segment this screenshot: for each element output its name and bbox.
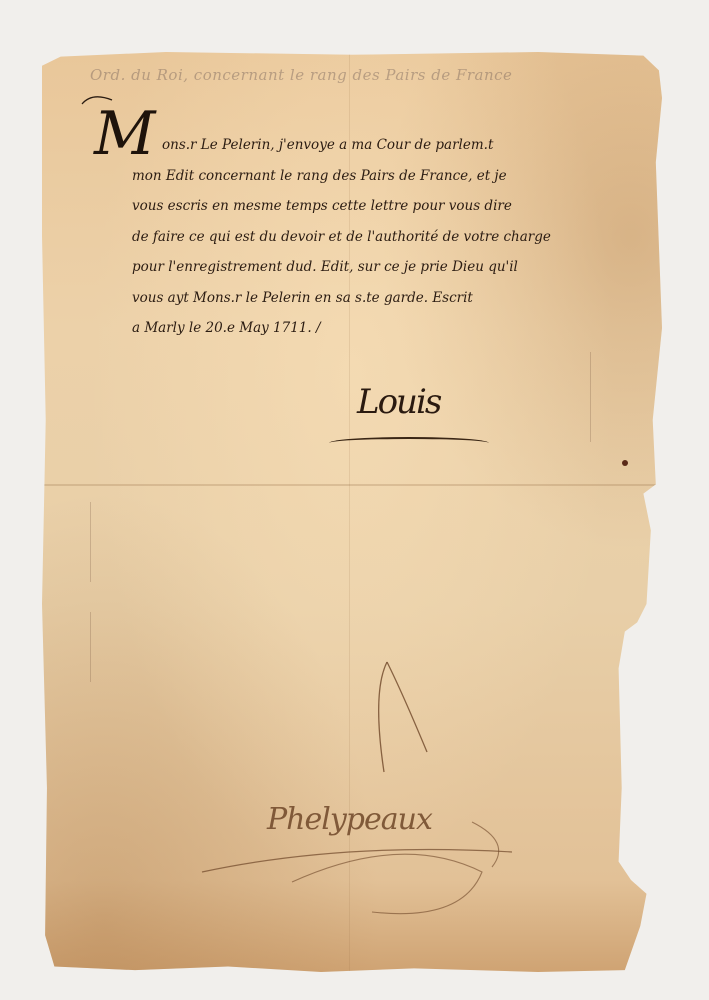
letter-paper: Ord. du Roi, concernant le rang des Pair… xyxy=(42,52,662,972)
letter-line: mon Edit concernant le rang des Pairs de… xyxy=(132,161,652,192)
horizontal-fold-crease xyxy=(42,484,662,486)
salutation-initial: M xyxy=(94,104,155,164)
letter-line: pour l'enregistrement dud. Edit, sur ce … xyxy=(132,252,652,283)
signature-flourish xyxy=(329,437,489,449)
ruled-margin-line xyxy=(590,352,591,442)
ruled-margin-line xyxy=(90,612,91,682)
letter-line: a Marly le 20.e May 1711. / xyxy=(132,313,652,344)
pencil-annotation: Ord. du Roi, concernant le rang des Pair… xyxy=(90,66,610,84)
letter-body: M ons.r Le Pelerin, j'envoye a ma Cour d… xyxy=(132,130,652,344)
ruled-margin-line xyxy=(90,502,91,582)
letter-line: vous ayt Mons.r le Pelerin en sa s.te ga… xyxy=(132,283,652,314)
letter-line: vous escris en mesme temps cette lettre … xyxy=(132,191,652,222)
countersignature: Phelypeaux xyxy=(267,802,432,837)
letter-line: de faire ce qui est du devoir et de l'au… xyxy=(132,222,652,253)
letter-line: ons.r Le Pelerin, j'envoye a ma Cour de … xyxy=(132,130,652,161)
royal-signature: Louis xyxy=(357,382,440,422)
ink-spot xyxy=(622,460,628,466)
